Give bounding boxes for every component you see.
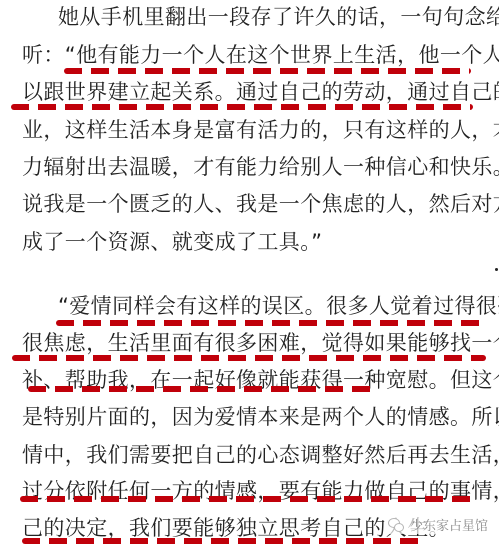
- text-line: 说我是一个匮乏的人、我是一个焦虑的人，然后对方就变: [22, 189, 482, 219]
- text-line: “爱情同样会有这样的误区。很多人觉着过得很孤独: [58, 291, 499, 321]
- watermark: 少东家占星馆: [386, 514, 490, 534]
- red-dashed-underline: [20, 496, 475, 502]
- text-line: 成了一个资源、就变成了工具。”: [22, 227, 482, 257]
- text-line: 她从手机里翻出一段存了许久的话，一句句念给我: [58, 2, 499, 32]
- text-line: 是特别片面的，因为爱情本来是两个人的情感。所以在爱: [22, 402, 482, 432]
- text-line: 业，这样生活本身是富有活力的，只有这样的人，才有能: [22, 115, 482, 145]
- red-dashed-underline: [56, 320, 488, 326]
- text-line: 以跟世界建立起关系。通过自己的劳动，通过自己的专: [22, 77, 482, 107]
- watermark-text: 少东家占星馆: [410, 515, 488, 534]
- text-line: 力辐射出去温暖，才有能力给别人一种信心和快乐。不是: [22, 152, 482, 182]
- red-dashed-underline: [22, 538, 427, 544]
- text-line: 很焦虑，生活里面有很多困难，觉得如果能够找一个人弥: [22, 328, 482, 358]
- red-dashed-underline: [64, 68, 471, 74]
- stray-dot: [495, 268, 498, 271]
- red-dashed-underline: [28, 386, 378, 392]
- text-line: 情中，我们需要把自己的心态调整好然后再去生活，不要: [22, 440, 482, 470]
- text-line: 听：“他有能力一个人在这个世界上生活，他一个人就可: [22, 40, 482, 70]
- wechat-icon: [388, 517, 404, 531]
- red-dashed-underline: [11, 104, 473, 110]
- red-dashed-underline: [12, 355, 486, 361]
